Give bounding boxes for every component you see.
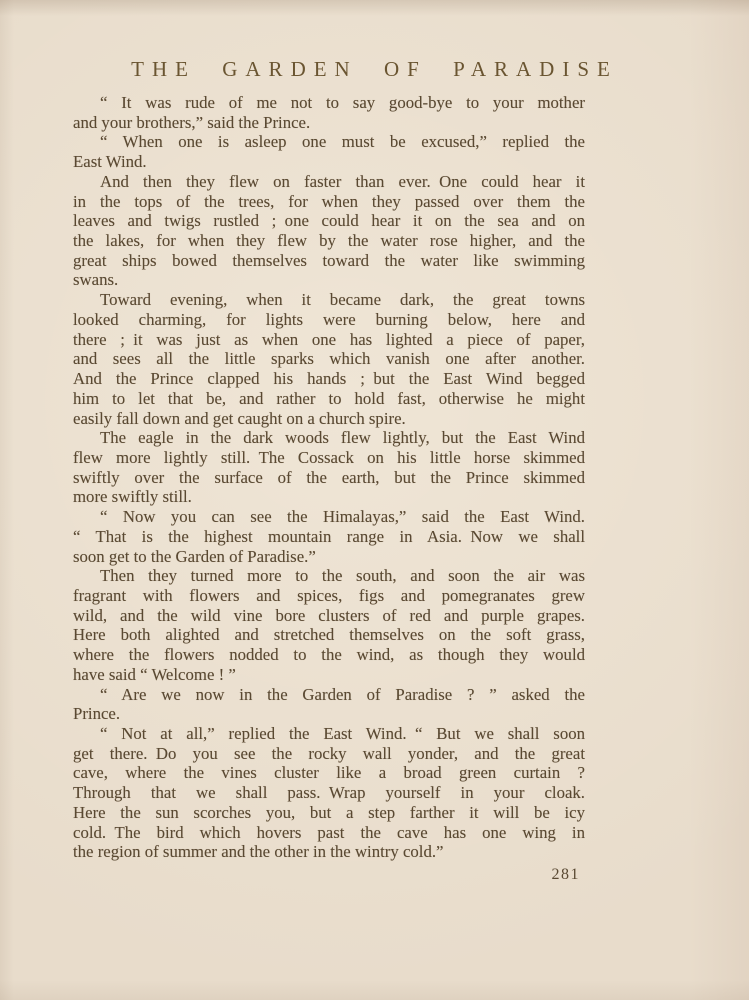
text-line: “ Are we now in the Garden of Paradise ?…: [73, 685, 585, 705]
text-line: Toward evening, when it became dark, the…: [73, 290, 585, 310]
text-line: Then they turned more to the south, and …: [73, 566, 585, 586]
text-line: cold. The bird which hovers past the cav…: [73, 823, 585, 843]
text-line: and sees all the little sparks which van…: [73, 349, 585, 369]
text-line: flew more lightly still. The Cossack on …: [73, 448, 585, 468]
book-page: THE GARDEN OF PARADISE “ It was rude of …: [0, 0, 749, 1000]
page-title: THE GARDEN OF PARADISE: [0, 0, 749, 82]
text-line: in the tops of the trees, for when they …: [73, 192, 585, 212]
text-line: and your brothers,” said the Prince.: [73, 113, 585, 133]
text-line: great ships bowed themselves toward the …: [73, 251, 585, 271]
text-line: cave, where the vines cluster like a bro…: [73, 763, 585, 783]
text-line: Here the sun scorches you, but a step fa…: [73, 803, 585, 823]
text-line: And then they flew on faster than ever. …: [73, 172, 585, 192]
text-line: the lakes, for when they flew by the wat…: [73, 231, 585, 251]
text-line: soon get to the Garden of Paradise.”: [73, 547, 585, 567]
text-line: more swiftly still.: [73, 487, 585, 507]
text-line: looked charming, for lights were burning…: [73, 310, 585, 330]
text-line: the region of summer and the other in th…: [73, 842, 585, 862]
text-line: where the flowers nodded to the wind, as…: [73, 645, 585, 665]
text-line: him to let that be, and rather to hold f…: [73, 389, 585, 409]
text-line: Through that we shall pass. Wrap yoursel…: [73, 783, 585, 803]
text-line: fragrant with flowers and spices, figs a…: [73, 586, 585, 606]
text-line: “ That is the highest mountain range in …: [73, 527, 585, 547]
text-line: get there. Do you see the rocky wall yon…: [73, 744, 585, 764]
text-line: The eagle in the dark woods flew lightly…: [73, 428, 585, 448]
text-line: wild, and the wild vine bore clusters of…: [73, 606, 585, 626]
text-line: there ; it was just as when one has ligh…: [73, 330, 585, 350]
text-line: swans.: [73, 270, 585, 290]
text-line: “ Now you can see the Himalayas,” said t…: [73, 507, 585, 527]
text-line: East Wind.: [73, 152, 585, 172]
text-line: Prince.: [73, 704, 585, 724]
text-line: “ When one is asleep one must be excused…: [73, 132, 585, 152]
text-line: leaves and twigs rustled ; one could hea…: [73, 211, 585, 231]
text-line: easily fall down and get caught on a chu…: [73, 409, 585, 429]
text-block: “ It was rude of me not to say good-bye …: [73, 93, 585, 862]
page-number: 281: [73, 866, 585, 884]
text-line: “ It was rude of me not to say good-bye …: [73, 93, 585, 113]
text-line: Here both alighted and stretched themsel…: [73, 625, 585, 645]
text-line: have said “ Welcome ! ”: [73, 665, 585, 685]
text-line: swiftly over the surface of the earth, b…: [73, 468, 585, 488]
text-line: And the Prince clapped his hands ; but t…: [73, 369, 585, 389]
text-line: “ Not at all,” replied the East Wind. “ …: [73, 724, 585, 744]
